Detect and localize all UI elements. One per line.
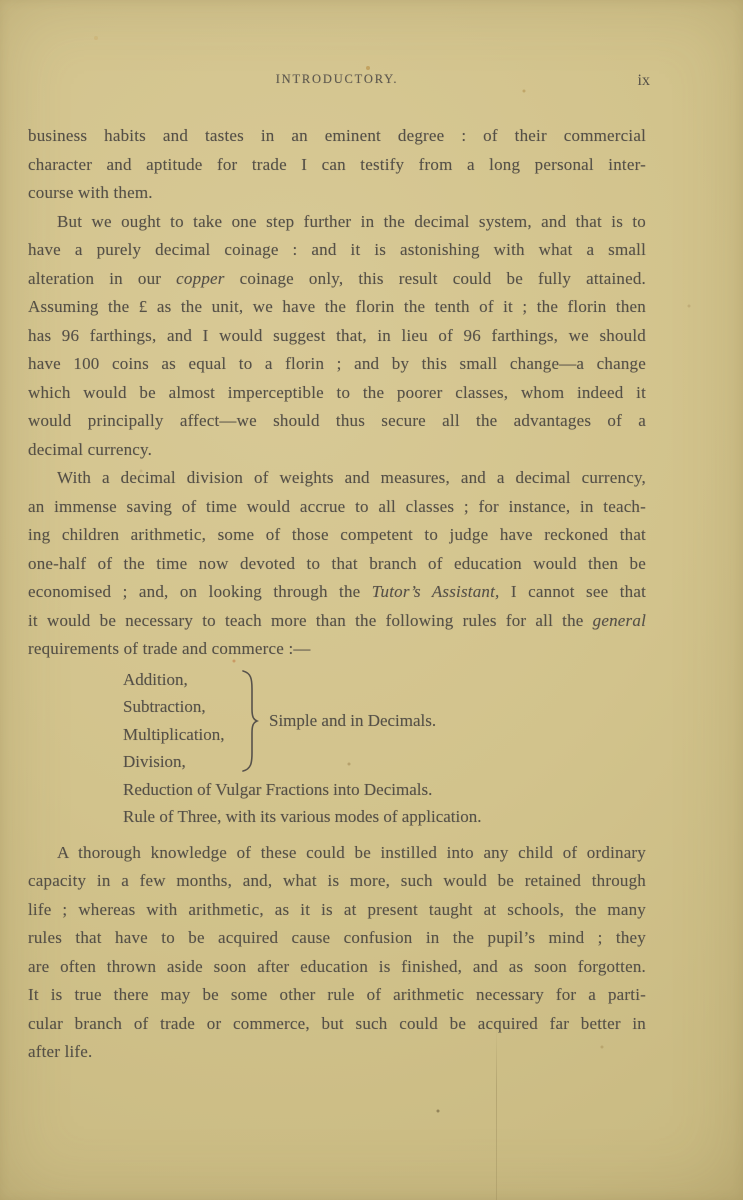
text-segment: coinage only, this result could be fully… [225, 269, 646, 288]
text-segment: A thorough knowledge of these could be i… [57, 843, 646, 862]
text-line: life ; whereas with arithmetic, as it is… [28, 896, 646, 925]
text-line: would principally affect—we should thus … [28, 407, 646, 436]
text-line: an immense saving of time would accrue t… [28, 493, 646, 522]
text-segment: are often thrown aside soon after educat… [28, 957, 646, 976]
text-segment: requirements of trade and commerce :— [28, 639, 311, 658]
text-line: But we ought to take one step further in… [28, 208, 646, 237]
text-segment: has 96 farthings, and I would suggest th… [28, 326, 646, 345]
italic-text: copper [176, 269, 224, 288]
text-line: after life. [28, 1038, 646, 1067]
text-line: cular branch of trade or commerce, but s… [28, 1010, 646, 1039]
text-line: Assuming the £ as the unit, we have the … [28, 293, 646, 322]
text-segment: With a decimal division of weights and m… [57, 468, 646, 487]
text-line: course with them. [28, 179, 646, 208]
text-segment: But we ought to take one step further in… [57, 212, 646, 231]
rules-list: Addition,Subtraction,Multiplication,Divi… [123, 666, 646, 831]
book-page: INTRODUCTORY. ix business habits and tas… [0, 0, 743, 1200]
text-segment: would principally affect—we should thus … [28, 411, 646, 430]
text-segment: Assuming the £ as the unit, we have the … [28, 297, 646, 316]
text-segment: I cannot see that [500, 582, 647, 601]
operation-item: Addition, [123, 666, 239, 694]
text-line: which would be almost imperceptible to t… [28, 379, 646, 408]
text-segment: alteration in our [28, 269, 176, 288]
text-line: character and aptitude for trade I can t… [28, 151, 646, 180]
text-segment: capacity in a few months, and, what is m… [28, 871, 646, 890]
page-header: INTRODUCTORY. ix [28, 72, 646, 94]
paragraph: business habits and tastes in an eminent… [28, 122, 646, 208]
paragraph: But we ought to take one step further in… [28, 208, 646, 465]
text-segment: business habits and tastes in an eminent… [28, 126, 646, 145]
operation-item: Subtraction, [123, 693, 239, 721]
text-segment: ing children arithmetic, some of those c… [28, 525, 646, 544]
text-segment: life ; whereas with arithmetic, as it is… [28, 900, 646, 919]
text-line: capacity in a few months, and, what is m… [28, 867, 646, 896]
text-segment: cular branch of trade or commerce, but s… [28, 1014, 646, 1033]
text-segment: It is true there may be some other rule … [28, 985, 646, 1004]
text-line: decimal currency. [28, 436, 646, 465]
text-line: have 100 coins as equal to a florin ; an… [28, 350, 646, 379]
brace-group-label: Simple and in Decimals. [269, 711, 436, 731]
text-line: alteration in our copper coinage only, t… [28, 265, 646, 294]
text-segment: it would be necessary to teach more than… [28, 611, 593, 630]
text-segment: decimal currency. [28, 440, 152, 459]
text-line: A thorough knowledge of these could be i… [28, 839, 646, 868]
text-segment: rules that have to be acquired cause con… [28, 928, 646, 947]
operation-item: Multiplication, [123, 721, 239, 749]
text-line: are often thrown aside soon after educat… [28, 953, 646, 982]
text-segment: have a purely decimal coinage : and it i… [28, 240, 646, 259]
text-line: With a decimal division of weights and m… [28, 464, 646, 493]
text-segment: after life. [28, 1042, 93, 1061]
text-line: business habits and tastes in an eminent… [28, 122, 646, 151]
page-body: INTRODUCTORY. ix business habits and tas… [28, 72, 646, 1067]
text-segment: one-half of the time now devoted to that… [28, 554, 646, 573]
paragraphs-before-list: business habits and tastes in an eminent… [28, 122, 646, 664]
paragraph: A thorough knowledge of these could be i… [28, 839, 646, 1067]
additional-rule: Rule of Three, with its various modes of… [123, 803, 646, 831]
text-line: ing children arithmetic, some of those c… [28, 521, 646, 550]
text-segment: character and aptitude for trade I can t… [28, 155, 646, 174]
text-segment: an immense saving of time would accrue t… [28, 497, 646, 516]
operations-column: Addition,Subtraction,Multiplication,Divi… [123, 666, 239, 776]
text-line: it would be necessary to teach more than… [28, 607, 646, 636]
text-line: have a purely decimal coinage : and it i… [28, 236, 646, 265]
text-segment: economised ; and, on looking through the [28, 582, 372, 601]
running-title: INTRODUCTORY. [28, 72, 646, 87]
text-segment: course with them. [28, 183, 153, 202]
italic-text: general [593, 611, 646, 630]
paragraphs-after-list: A thorough knowledge of these could be i… [28, 839, 646, 1067]
text-line: requirements of trade and commerce :— [28, 635, 646, 664]
italic-text: Tutor’s Assistant, [372, 582, 500, 601]
braced-rules-group: Addition,Subtraction,Multiplication,Divi… [123, 666, 646, 776]
text-segment: have 100 coins as equal to a florin ; an… [28, 354, 646, 373]
text-segment: which would be almost imperceptible to t… [28, 383, 646, 402]
text-line: economised ; and, on looking through the… [28, 578, 646, 607]
text-line: It is true there may be some other rule … [28, 981, 646, 1010]
operation-item: Division, [123, 748, 239, 776]
text-line: has 96 farthings, and I would suggest th… [28, 322, 646, 351]
paragraph: With a decimal division of weights and m… [28, 464, 646, 664]
additional-rules: Reduction of Vulgar Fractions into Decim… [123, 776, 646, 831]
additional-rule: Reduction of Vulgar Fractions into Decim… [123, 776, 646, 804]
text-line: rules that have to be acquired cause con… [28, 924, 646, 953]
text-line: one-half of the time now devoted to that… [28, 550, 646, 579]
paper-speckles [0, 0, 2, 2]
page-number: ix [638, 72, 650, 90]
curly-brace-icon [241, 669, 259, 773]
